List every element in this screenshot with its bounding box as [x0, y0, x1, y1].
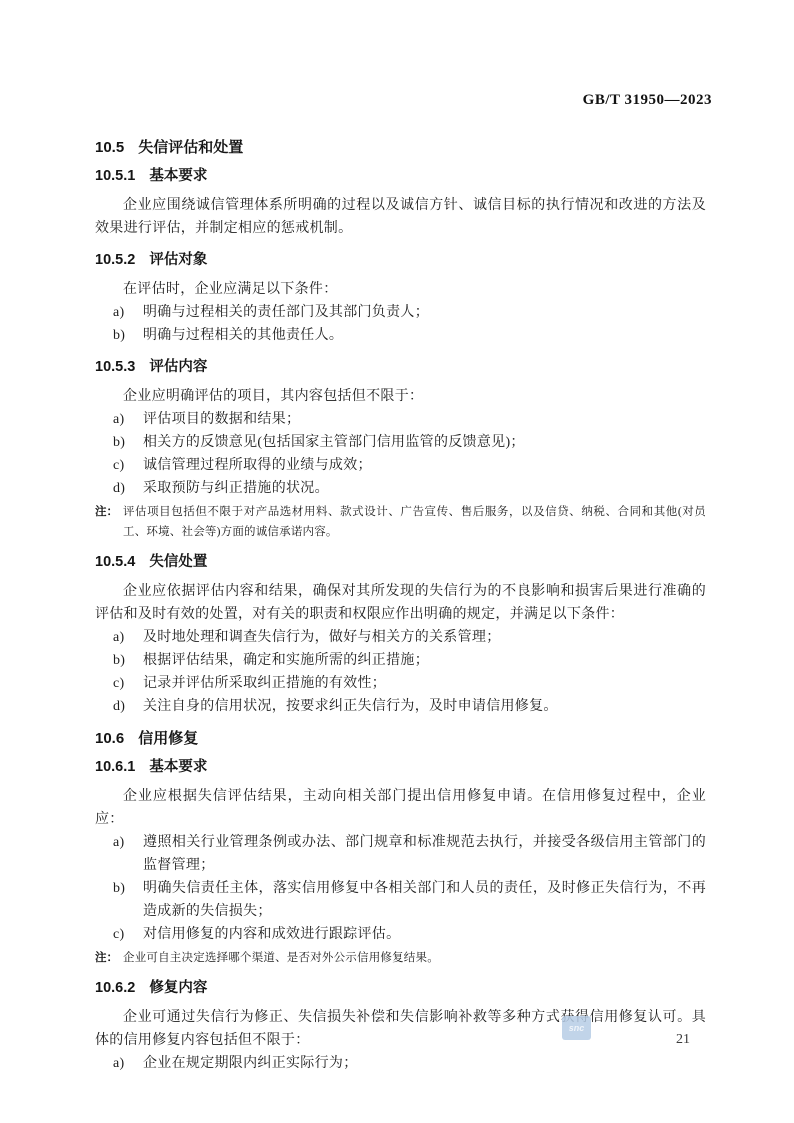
note-label: 注：: [95, 502, 123, 542]
list-item-text: 关注自身的信用状况，按要求纠正失信行为，及时申请信用修复。: [143, 695, 706, 718]
list-item-marker: b): [113, 649, 143, 672]
list-item-marker: b): [113, 877, 143, 923]
list-item-text: 记录并评估所采取纠正措施的有效性；: [143, 672, 706, 695]
list-item: b) 明确失信责任主体，落实信用修复中各相关部门和人员的责任，及时修正失信行为，…: [95, 877, 706, 923]
list-item-text: 采取预防与纠正措施的状况。: [143, 477, 706, 500]
heading-title: 修复内容: [149, 980, 207, 997]
heading-10-5-4: 10.5.4 失信处置: [95, 554, 706, 571]
list: a) 及时地处理和调查失信行为，做好与相关方的关系管理； b) 根据评估结果，确…: [95, 626, 706, 718]
heading-number: 10.5.2: [95, 252, 135, 269]
list-item-text: 明确与过程相关的其他责任人。: [143, 324, 706, 347]
list: a) 遵照相关行业管理条例或办法、部门规章和标准规范去执行，并接受各级信用主管部…: [95, 831, 706, 946]
list-item-marker: a): [113, 626, 143, 649]
note-text: 企业可自主决定选择哪个渠道、是否对外公示信用修复结果。: [123, 948, 706, 968]
list-item: b) 根据评估结果，确定和实施所需的纠正措施；: [95, 649, 706, 672]
list-item: a) 遵照相关行业管理条例或办法、部门规章和标准规范去执行，并接受各级信用主管部…: [95, 831, 706, 877]
list-item-marker: d): [113, 695, 143, 718]
heading-number: 10.6: [95, 730, 124, 747]
heading-number: 10.5.1: [95, 168, 135, 185]
paragraph: 企业应依据评估内容和结果，确保对其所发现的失信行为的不良影响和损害后果进行准确的…: [95, 580, 706, 626]
paragraph: 企业可通过失信行为修正、失信损失补偿和失信影响补救等多种方式获得信用修复认可。具…: [95, 1006, 706, 1052]
heading-title: 评估内容: [149, 359, 207, 376]
list-item-marker: a): [113, 408, 143, 431]
heading-title: 信用修复: [138, 730, 198, 747]
watermark-text: snc: [569, 1023, 585, 1033]
list-item-text: 企业在规定期限内纠正实际行为；: [143, 1052, 706, 1075]
heading-number: 10.5.4: [95, 554, 135, 571]
list-item-marker: a): [113, 831, 143, 877]
paragraph: 企业应根据失信评估结果，主动向相关部门提出信用修复申请。在信用修复过程中，企业应…: [95, 785, 706, 831]
list-item-text: 遵照相关行业管理条例或办法、部门规章和标准规范去执行，并接受各级信用主管部门的监…: [143, 831, 706, 877]
document-page: GB/T 31950—2023 10.5 失信评估和处置 10.5.1 基本要求…: [0, 0, 794, 1123]
heading-10-5-1: 10.5.1 基本要求: [95, 168, 706, 185]
list: a) 评估项目的数据和结果； b) 相关方的反馈意见(包括国家主管部门信用监管的…: [95, 408, 706, 500]
list-item-text: 及时地处理和调查失信行为，做好与相关方的关系管理；: [143, 626, 706, 649]
list-item: a) 企业在规定期限内纠正实际行为；: [95, 1052, 706, 1075]
list-item: a) 评估项目的数据和结果；: [95, 408, 706, 431]
list-item: d) 关注自身的信用状况，按要求纠正失信行为，及时申请信用修复。: [95, 695, 706, 718]
list-item: c) 对信用修复的内容和成效进行跟踪评估。: [95, 923, 706, 946]
heading-title: 评估对象: [149, 252, 207, 269]
heading-number: 10.6.1: [95, 759, 135, 776]
list-item-text: 明确与过程相关的责任部门及其部门负责人；: [143, 301, 706, 324]
heading-10-5: 10.5 失信评估和处置: [95, 139, 706, 156]
list-item-marker: a): [113, 301, 143, 324]
list-item-text: 评估项目的数据和结果；: [143, 408, 706, 431]
heading-title: 失信评估和处置: [138, 139, 243, 156]
heading-number: 10.6.2: [95, 980, 135, 997]
heading-number: 10.5.3: [95, 359, 135, 376]
list-item: a) 及时地处理和调查失信行为，做好与相关方的关系管理；: [95, 626, 706, 649]
heading-10-6: 10.6 信用修复: [95, 730, 706, 747]
paragraph: 企业应明确评估的项目，其内容包括但不限于：: [95, 385, 706, 408]
list-item: b) 相关方的反馈意见(包括国家主管部门信用监管的反馈意见)；: [95, 431, 706, 454]
document-content: 10.5 失信评估和处置 10.5.1 基本要求 企业应围绕诚信管理体系所明确的…: [95, 139, 706, 1075]
standard-number: GB/T 31950—2023: [583, 92, 712, 109]
list-item-marker: c): [113, 923, 143, 946]
list-item-marker: d): [113, 477, 143, 500]
note-text: 评估项目包括但不限于对产品选材用料、款式设计、广告宣传、售后服务，以及信贷、纳税…: [123, 502, 706, 542]
page-number: 21: [676, 1032, 690, 1048]
note: 注： 企业可自主决定选择哪个渠道、是否对外公示信用修复结果。: [95, 948, 706, 968]
list-item-text: 明确失信责任主体，落实信用修复中各相关部门和人员的责任，及时修正失信行为，不再造…: [143, 877, 706, 923]
list-item-marker: c): [113, 454, 143, 477]
list-item: a) 明确与过程相关的责任部门及其部门负责人；: [95, 301, 706, 324]
list-item: d) 采取预防与纠正措施的状况。: [95, 477, 706, 500]
list-item-text: 根据评估结果，确定和实施所需的纠正措施；: [143, 649, 706, 672]
list-item: b) 明确与过程相关的其他责任人。: [95, 324, 706, 347]
heading-title: 基本要求: [149, 168, 207, 185]
list: a) 明确与过程相关的责任部门及其部门负责人； b) 明确与过程相关的其他责任人…: [95, 301, 706, 347]
list-item-marker: c): [113, 672, 143, 695]
watermark-badge: snc: [562, 1016, 591, 1040]
heading-number: 10.5: [95, 139, 124, 156]
list-item-marker: a): [113, 1052, 143, 1075]
heading-10-5-2: 10.5.2 评估对象: [95, 252, 706, 269]
heading-title: 失信处置: [149, 554, 207, 571]
note: 注： 评估项目包括但不限于对产品选材用料、款式设计、广告宣传、售后服务，以及信贷…: [95, 502, 706, 542]
list-item-text: 诚信管理过程所取得的业绩与成效；: [143, 454, 706, 477]
list-item-text: 相关方的反馈意见(包括国家主管部门信用监管的反馈意见)；: [143, 431, 706, 454]
list-item-marker: b): [113, 431, 143, 454]
note-label: 注：: [95, 948, 123, 968]
heading-10-6-2: 10.6.2 修复内容: [95, 980, 706, 997]
list-item-marker: b): [113, 324, 143, 347]
paragraph: 在评估时，企业应满足以下条件：: [95, 278, 706, 301]
list-item: c) 记录并评估所采取纠正措施的有效性；: [95, 672, 706, 695]
heading-title: 基本要求: [149, 759, 207, 776]
list-item: c) 诚信管理过程所取得的业绩与成效；: [95, 454, 706, 477]
list-item-text: 对信用修复的内容和成效进行跟踪评估。: [143, 923, 706, 946]
heading-10-6-1: 10.6.1 基本要求: [95, 759, 706, 776]
paragraph: 企业应围绕诚信管理体系所明确的过程以及诚信方针、诚信目标的执行情况和改进的方法及…: [95, 194, 706, 240]
list: a) 企业在规定期限内纠正实际行为；: [95, 1052, 706, 1075]
heading-10-5-3: 10.5.3 评估内容: [95, 359, 706, 376]
